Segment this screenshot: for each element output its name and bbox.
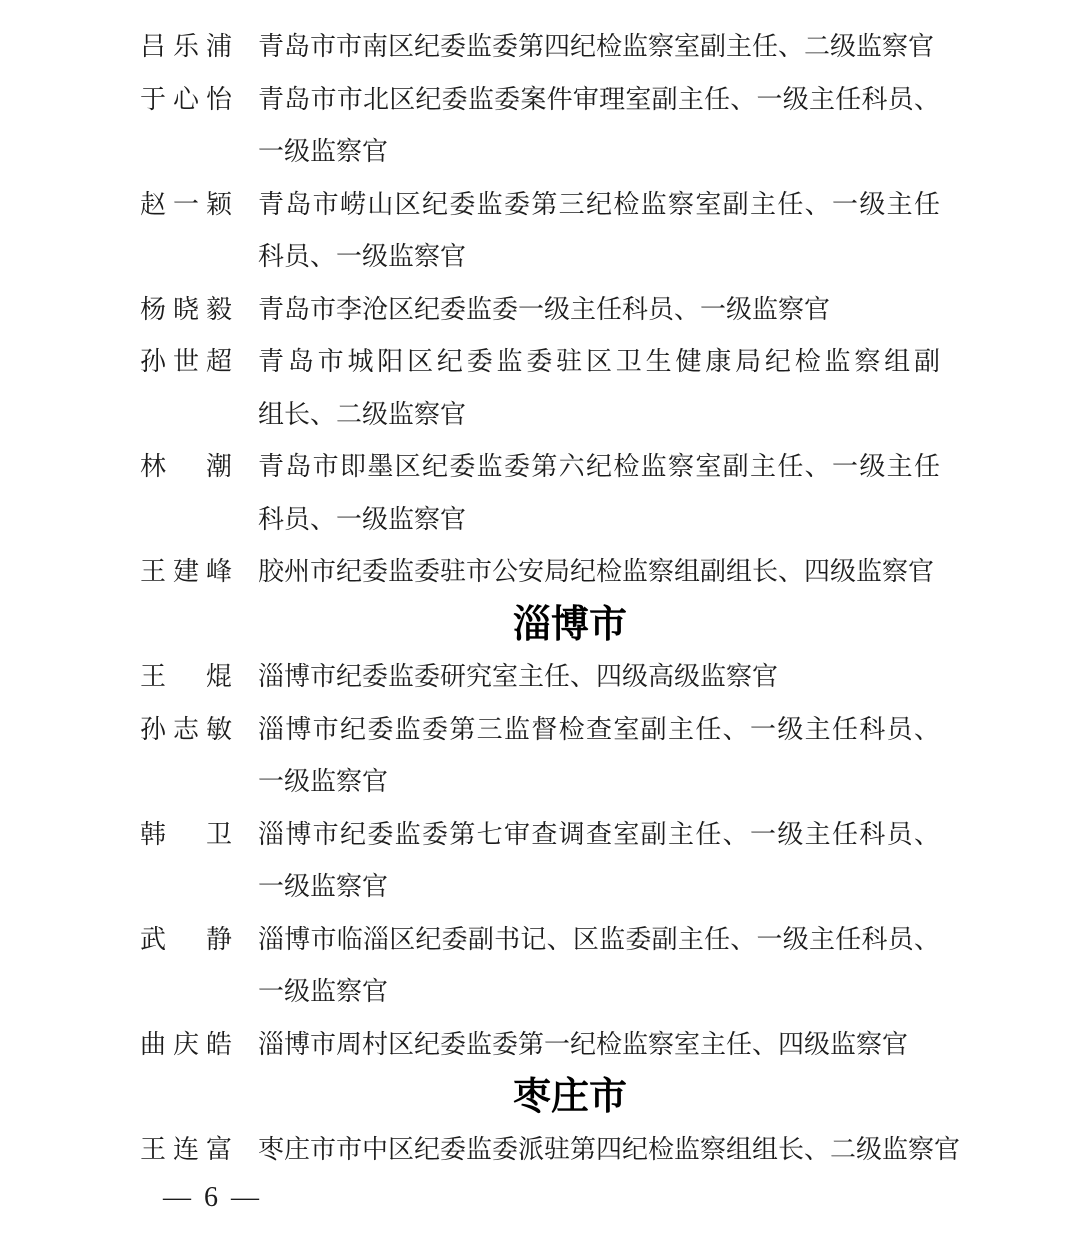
- position-line: 胶州市纪委监委驻市公安局纪检监察组副组长、四级监察官: [258, 546, 940, 599]
- officer-position: 青岛市市北区纪委监委案件审理室副主任、一级主任科员、一级监察官: [258, 74, 940, 179]
- officer-name: 王建峰: [140, 546, 232, 599]
- officer-position: 胶州市纪委监委驻市公安局纪检监察组副组长、四级监察官: [258, 546, 940, 599]
- position-line: 一级监察官: [258, 966, 940, 1019]
- position-line: 一级监察官: [258, 861, 940, 914]
- officer-entry: 林潮青岛市即墨区纪委监委第六纪检监察室副主任、一级主任科员、一级监察官: [140, 441, 950, 546]
- officer-entry: 王连富枣庄市市中区纪委监委派驻第四纪检监察组组长、二级监察官: [140, 1124, 950, 1177]
- position-line: 青岛市市南区纪委监委第四纪检监察室副主任、二级监察官: [258, 21, 940, 74]
- officer-entry: 赵一颖青岛市崂山区纪委监委第三纪检监察室副主任、一级主任科员、一级监察官: [140, 179, 950, 284]
- officer-name: 孙世超: [140, 336, 232, 389]
- officer-name: 林潮: [140, 441, 232, 494]
- officer-position: 青岛市即墨区纪委监委第六纪检监察室副主任、一级主任科员、一级监察官: [258, 441, 940, 546]
- officer-name: 吕乐浦: [140, 21, 232, 74]
- officer-entry: 吕乐浦青岛市市南区纪委监委第四纪检监察室副主任、二级监察官: [140, 21, 950, 74]
- officer-name: 杨晓毅: [140, 284, 232, 337]
- officer-entry: 王建峰胶州市纪委监委驻市公安局纪检监察组副组长、四级监察官: [140, 546, 950, 599]
- position-line: 科员、一级监察官: [258, 494, 940, 547]
- officer-name: 王焜: [140, 651, 232, 704]
- city-section-header: 淄博市: [165, 599, 975, 652]
- officer-position: 淄博市纪委监委第三监督检查室副主任、一级主任科员、一级监察官: [258, 704, 940, 809]
- position-line: 枣庄市市中区纪委监委派驻第四纪检监察组组长、二级监察官: [258, 1124, 940, 1177]
- officer-position: 淄博市纪委监委第七审查调查室副主任、一级主任科员、一级监察官: [258, 809, 940, 914]
- officer-position: 青岛市崂山区纪委监委第三纪检监察室副主任、一级主任科员、一级监察官: [258, 179, 940, 284]
- officer-position: 青岛市李沧区纪委监委一级主任科员、一级监察官: [258, 284, 940, 337]
- position-line: 科员、一级监察官: [258, 231, 940, 284]
- document-body: 吕乐浦青岛市市南区纪委监委第四纪检监察室副主任、二级监察官于心怡青岛市市北区纪委…: [140, 21, 950, 1176]
- officer-entry: 于心怡青岛市市北区纪委监委案件审理室副主任、一级主任科员、一级监察官: [140, 74, 950, 179]
- position-line: 青岛市市北区纪委监委案件审理室副主任、一级主任科员、: [258, 74, 940, 127]
- officer-name: 王连富: [140, 1124, 232, 1177]
- position-line: 一级监察官: [258, 126, 940, 179]
- officer-position: 淄博市周村区纪委监委第一纪检监察室主任、四级监察官: [258, 1019, 940, 1072]
- officer-entry: 王焜淄博市纪委监委研究室主任、四级高级监察官: [140, 651, 950, 704]
- officer-position: 淄博市临淄区纪委副书记、区监委副主任、一级主任科员、一级监察官: [258, 914, 940, 1019]
- page-number: — 6 —: [163, 1172, 262, 1225]
- officer-entry: 曲庆皓淄博市周村区纪委监委第一纪检监察室主任、四级监察官: [140, 1019, 950, 1072]
- officer-name: 赵一颖: [140, 179, 232, 232]
- position-line: 青岛市城阳区纪委监委驻区卫生健康局纪检监察组副: [258, 336, 940, 389]
- officer-name: 曲庆皓: [140, 1019, 232, 1072]
- city-section-header: 枣庄市: [165, 1071, 975, 1124]
- position-line: 青岛市崂山区纪委监委第三纪检监察室副主任、一级主任: [258, 179, 940, 232]
- officer-position: 青岛市市南区纪委监委第四纪检监察室副主任、二级监察官: [258, 21, 940, 74]
- officer-position: 枣庄市市中区纪委监委派驻第四纪检监察组组长、二级监察官: [258, 1124, 940, 1177]
- position-line: 淄博市纪委监委第三监督检查室副主任、一级主任科员、: [258, 704, 940, 757]
- position-line: 青岛市即墨区纪委监委第六纪检监察室副主任、一级主任: [258, 441, 940, 494]
- position-line: 淄博市纪委监委研究室主任、四级高级监察官: [258, 651, 940, 704]
- officer-name: 孙志敏: [140, 704, 232, 757]
- officer-position: 青岛市城阳区纪委监委驻区卫生健康局纪检监察组副组长、二级监察官: [258, 336, 940, 441]
- position-line: 青岛市李沧区纪委监委一级主任科员、一级监察官: [258, 284, 940, 337]
- officer-entry: 武静淄博市临淄区纪委副书记、区监委副主任、一级主任科员、一级监察官: [140, 914, 950, 1019]
- officer-entry: 孙世超青岛市城阳区纪委监委驻区卫生健康局纪检监察组副组长、二级监察官: [140, 336, 950, 441]
- officer-name: 韩卫: [140, 809, 232, 862]
- position-line: 淄博市临淄区纪委副书记、区监委副主任、一级主任科员、: [258, 914, 940, 967]
- position-line: 淄博市纪委监委第七审查调查室副主任、一级主任科员、: [258, 809, 940, 862]
- officer-entry: 孙志敏淄博市纪委监委第三监督检查室副主任、一级主任科员、一级监察官: [140, 704, 950, 809]
- officer-entry: 杨晓毅青岛市李沧区纪委监委一级主任科员、一级监察官: [140, 284, 950, 337]
- officer-position: 淄博市纪委监委研究室主任、四级高级监察官: [258, 651, 940, 704]
- officer-name: 于心怡: [140, 74, 232, 127]
- position-line: 组长、二级监察官: [258, 389, 940, 442]
- position-line: 淄博市周村区纪委监委第一纪检监察室主任、四级监察官: [258, 1019, 940, 1072]
- officer-name: 武静: [140, 914, 232, 967]
- officer-entry: 韩卫淄博市纪委监委第七审查调查室副主任、一级主任科员、一级监察官: [140, 809, 950, 914]
- document-page: 吕乐浦青岛市市南区纪委监委第四纪检监察室副主任、二级监察官于心怡青岛市市北区纪委…: [0, 0, 1080, 1236]
- position-line: 一级监察官: [258, 756, 940, 809]
